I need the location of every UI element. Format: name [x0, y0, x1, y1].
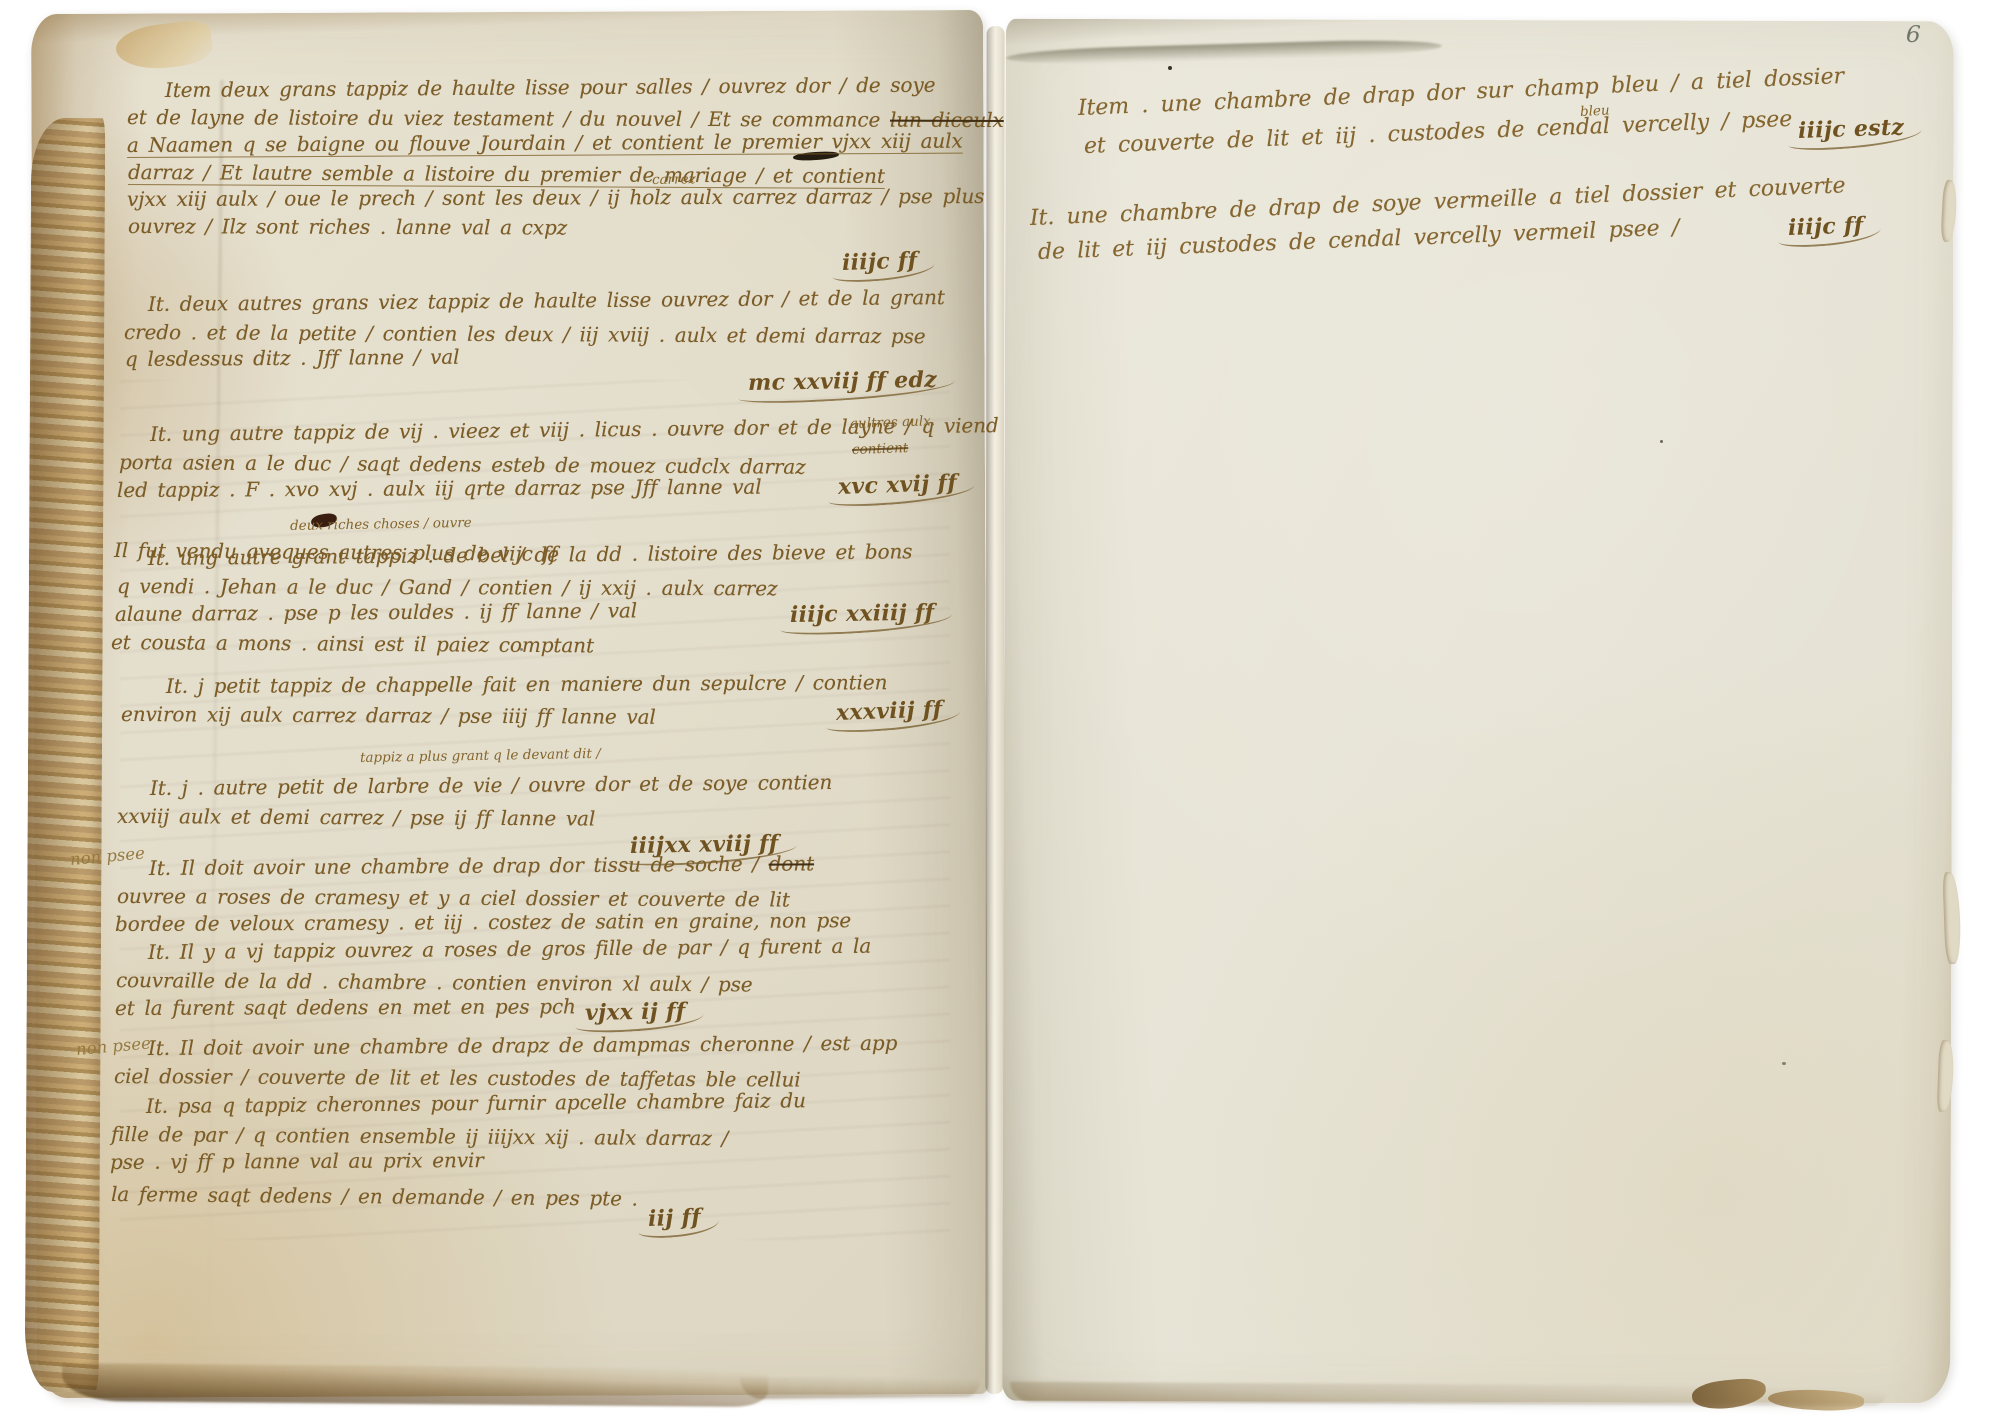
- interlinear-insertion: tappiz a plus grant q le devant dit /: [360, 746, 601, 766]
- manuscript-line: alaune darraz . pse p les ouldes . ij ff…: [115, 598, 637, 626]
- struck-word: dont: [769, 851, 815, 875]
- valuation-amount: iij ff: [648, 1204, 702, 1232]
- manuscript-line: a Naamen q se baigne ou flouve Jourdain …: [127, 129, 963, 157]
- interlinear-insertion: aultres aulx.: [850, 413, 936, 432]
- manuscript-line: It. Il doit avoir une chambre de drap do…: [149, 851, 814, 880]
- manuscript-line: It. j . autre petit de larbre de vie / o…: [150, 770, 832, 800]
- manuscript-line: et la furent saqt dedens en met en pes p…: [115, 994, 576, 1020]
- manuscript-line: It. deux autres grans viez tappiz de hau…: [148, 285, 945, 316]
- manuscript-line: pse . vj ff p lanne val au prix envir: [110, 1148, 484, 1174]
- manuscript-line: ciel dossier / couverte de lit et les cu…: [114, 1064, 801, 1092]
- manuscript-line: et de layne de listoire du viez testamen…: [127, 105, 1004, 132]
- margin-note: non psee: [69, 843, 145, 868]
- manuscript-line: ouvree a roses de cramesy et y a ciel do…: [117, 884, 790, 912]
- manuscript-line: It. psa q tappiz cheronnes pour furnir a…: [146, 1088, 806, 1118]
- manuscript-line: ouvrez / Ilz sont riches . lanne val a c…: [128, 214, 567, 240]
- valuation-amount: iiijc ff: [842, 247, 918, 276]
- manuscript-line: vjxx xiij aulx / oue le prech / sont les…: [127, 184, 985, 211]
- valuation-amount: xvc xvij ff: [838, 470, 958, 500]
- manuscript-line: It. j petit tappiz de chappelle fait en …: [166, 670, 887, 698]
- valuation-amount: iiijc ff: [1788, 212, 1864, 241]
- manuscript-line: It. Il y a vj tappiz ouvrez a roses de g…: [148, 934, 871, 964]
- handwritten-text-layer: 6 Item deux grans tappiz de haulte lisse…: [0, 0, 2000, 1417]
- manuscript-line: couvraille de la dd . chambre . contien …: [116, 968, 753, 996]
- manuscript-line: q lesdessus ditz . Jff lanne / val: [125, 345, 460, 371]
- manuscript-line: It. une chambre de drap de soye vermeill…: [1029, 173, 1845, 231]
- valuation-amount: xxxviij ff: [836, 696, 943, 726]
- valuation-amount: vjxx ij ff: [585, 998, 686, 1026]
- manuscript-line: et cousta a mons . ainsi est il paiez co…: [111, 630, 594, 657]
- valuation-amount: mc xxviij ff edz: [748, 367, 937, 396]
- manuscript-line: Item deux grans tappiz de haulte lisse p…: [165, 73, 936, 102]
- manuscript-line: It. Il doit avoir une chambre de drapz d…: [148, 1031, 897, 1060]
- manuscript-line: la ferme saqt dedens / en demande / en p…: [111, 1182, 638, 1211]
- manuscript-line: credo . et de la petite / contien les de…: [124, 320, 926, 348]
- manuscript-line: q vendi . Jehan a le duc / Gand / contie…: [117, 574, 778, 600]
- manuscript-line: environ xij aulx carrez darraz / pse iii…: [121, 702, 656, 729]
- valuation-amount: iiijc xxiiij ff: [790, 599, 935, 628]
- margin-note: non psee: [75, 1033, 151, 1058]
- interlinear-insertion: carrez: [652, 171, 696, 188]
- manuscript-line: bordee de veloux cramesy . et iij . cost…: [115, 908, 851, 936]
- manuscript-line: xxviij aulx et demi carrez / pse ij ff l…: [117, 804, 595, 831]
- manuscript-book: 6 Item deux grans tappiz de haulte lisse…: [0, 0, 2000, 1417]
- valuation-amount: iiijc estz: [1798, 114, 1905, 144]
- interlinear-insertion: deux riches choses / ouvre: [290, 515, 472, 534]
- folio-number: 6: [1906, 22, 1922, 48]
- interlinear-insertion: contient: [852, 440, 909, 458]
- manuscript-line: led tappiz . F . xvo xvj . aulx iij qrte…: [117, 475, 762, 502]
- interlinear-insertion: bleu: [1580, 102, 1610, 120]
- manuscript-line: fille de par / q contien ensemble ij iii…: [111, 1122, 728, 1150]
